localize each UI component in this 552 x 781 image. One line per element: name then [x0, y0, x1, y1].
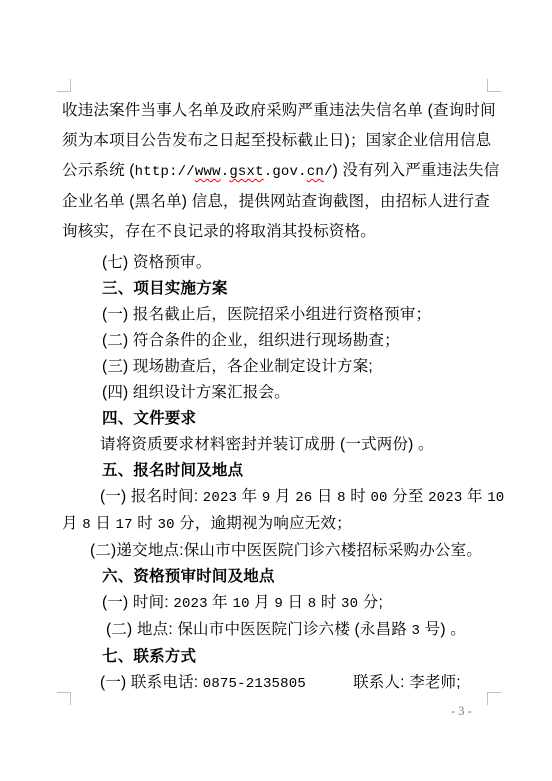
- numeric-text: gov: [272, 164, 298, 180]
- body-text: 时: [133, 515, 158, 532]
- heading-text: 六、资格预审时间及地点: [102, 568, 275, 585]
- body-text: 月: [270, 488, 295, 505]
- body-text: (二)递交地点:保山市中医医院门诊六楼招标采购办公室。: [90, 542, 482, 559]
- numeric-text: 8: [337, 490, 346, 506]
- body-text: 日: [312, 488, 337, 505]
- body-text: 时: [346, 488, 371, 505]
- numeric-text: http://: [135, 164, 195, 180]
- document-line[interactable]: (七) 资格预审。: [62, 250, 490, 276]
- body-text: (二) 符合条件的企业，组织进行现场勘查；: [102, 332, 400, 349]
- heading-text: 五、报名时间及地点: [102, 462, 243, 479]
- body-text: 年: [462, 488, 487, 505]
- body-text: 分至: [388, 488, 428, 505]
- body-text: 日: [283, 594, 308, 611]
- document-line[interactable]: (二) 地点: 保山市中医医院门诊六楼 (永昌路 3 号) 。: [62, 617, 490, 644]
- document-body[interactable]: 收违法案件当事人名单及政府采购严重违法失信名单 (查询时间须为本项目公告发布之日…: [62, 96, 490, 697]
- heading-text: 七、联系方式: [102, 648, 196, 665]
- body-text: (三) 现场勘查后，各企业制定设计方案;: [102, 358, 373, 375]
- url-text-misspelled: gsxt: [229, 164, 263, 180]
- body-text: 年: [237, 488, 262, 505]
- body-text: 月: [62, 515, 82, 532]
- section-heading-line[interactable]: 四、文件要求: [62, 406, 490, 432]
- body-text: 联系人: 李老师;: [353, 674, 461, 691]
- body-text: 分，逾期视为响应无效；: [175, 515, 352, 532]
- numeric-text: 0875-2135805: [203, 676, 306, 692]
- body-text: 请将资质要求材料密封并装订成册 (一式两份) 。: [100, 436, 434, 453]
- body-text: (一) 报名截止后，医院招采小组进行资格预审；: [102, 306, 431, 323]
- document-line[interactable]: 企业名单 (黑名单) 信息，提供网站查询截图，由招标人进行查: [62, 187, 490, 217]
- body-text: (二) 地点: 保山市中医医院门诊六楼 (永昌路: [106, 621, 412, 638]
- page-number: - 3 -: [451, 704, 472, 719]
- section-heading-line[interactable]: 七、联系方式: [62, 644, 490, 670]
- body-text: 收违法案件当事人名单及政府采购严重违法失信名单 (查询时间: [62, 102, 496, 119]
- numeric-text: 8: [82, 517, 91, 533]
- body-text: (一) 报名时间:: [100, 488, 203, 505]
- numeric-text: 30: [341, 596, 358, 612]
- body-text: 分;: [358, 594, 383, 611]
- document-line[interactable]: (一) 联系电话: 0875-2135805 联系人: 李老师;: [62, 670, 490, 697]
- body-text: (一) 联系电话:: [100, 674, 203, 691]
- section-heading-line[interactable]: 三、项目实施方案: [62, 276, 490, 302]
- numeric-text: 2023: [203, 490, 237, 506]
- numeric-text: 2023: [428, 490, 462, 506]
- body-text: 企业名单 (黑名单) 信息，提供网站查询截图，由招标人进行查: [62, 193, 490, 210]
- url-text-misspelled: www: [195, 164, 221, 180]
- numeric-text: .: [298, 164, 307, 180]
- document-line[interactable]: (二)递交地点:保山市中医医院门诊六楼招标采购办公室。: [62, 538, 490, 564]
- body-text: ) 没有列入严重违法失信: [333, 162, 500, 179]
- section-heading-line[interactable]: 五、报名时间及地点: [62, 458, 490, 484]
- body-text: 询核实，存在不良记录的将取消其投标资格。: [62, 223, 376, 240]
- body-text: [306, 674, 353, 691]
- numeric-text: 17: [116, 517, 133, 533]
- document-line[interactable]: 询核实，存在不良记录的将取消其投标资格。: [62, 217, 490, 247]
- document-line[interactable]: (一) 报名截止后，医院招采小组进行资格预审；: [62, 302, 490, 328]
- body-text: 号) 。: [420, 621, 466, 638]
- numeric-text: 30: [157, 517, 174, 533]
- body-text: (一) 时间:: [102, 594, 173, 611]
- document-line[interactable]: (一) 报名时间: 2023 年 9 月 26 日 8 时 00 分至 2023…: [62, 484, 490, 511]
- document-page[interactable]: 收违法案件当事人名单及政府采购严重违法失信名单 (查询时间须为本项目公告发布之日…: [0, 0, 552, 781]
- document-line[interactable]: 收违法案件当事人名单及政府采购严重违法失信名单 (查询时间: [62, 96, 490, 126]
- body-text: 年: [208, 594, 233, 611]
- heading-text: 三、项目实施方案: [102, 280, 228, 297]
- body-text: 时: [316, 594, 341, 611]
- body-text: 日: [91, 515, 116, 532]
- heading-text: 四、文件要求: [102, 410, 196, 427]
- text-boundary-mark-top-right-icon: [487, 79, 501, 92]
- numeric-text: 3: [412, 623, 421, 639]
- numeric-text: 9: [274, 596, 283, 612]
- numeric-text: 10: [232, 596, 249, 612]
- numeric-text: 00: [370, 490, 387, 506]
- body-text: 须为本项目公告发布之日起至投标截止日)；国家企业信用信息: [62, 132, 491, 149]
- url-text-misspelled: cn: [307, 164, 324, 180]
- document-line[interactable]: 请将资质要求材料密封并装订成册 (一式两份) 。: [62, 432, 490, 458]
- numeric-text: /: [324, 164, 333, 180]
- document-line[interactable]: (二) 符合条件的企业，组织进行现场勘查；: [62, 328, 490, 354]
- document-line[interactable]: 须为本项目公告发布之日起至投标截止日)；国家企业信用信息: [62, 126, 490, 156]
- body-text: (七) 资格预审。: [102, 254, 211, 271]
- text-boundary-mark-top-left-icon: [57, 79, 71, 92]
- numeric-text: 26: [295, 490, 312, 506]
- document-line[interactable]: (一) 时间: 2023 年 10 月 9 日 8 时 30 分;: [62, 590, 490, 617]
- numeric-text: 10: [487, 490, 504, 506]
- body-text: 公示系统 (: [62, 162, 135, 179]
- numeric-text: 2023: [173, 596, 207, 612]
- document-line[interactable]: (四) 组织设计方案汇报会。: [62, 380, 490, 406]
- document-line[interactable]: 公示系统 (http://www.gsxt.gov.cn/) 没有列入严重违法失…: [62, 156, 490, 187]
- document-line[interactable]: (三) 现场勘查后，各企业制定设计方案;: [62, 354, 490, 380]
- document-line[interactable]: 月 8 日 17 时 30 分，逾期视为响应无效；: [62, 511, 490, 538]
- body-text: (四) 组织设计方案汇报会。: [102, 384, 290, 401]
- section-heading-line[interactable]: 六、资格预审时间及地点: [62, 564, 490, 590]
- body-text: 月: [250, 594, 275, 611]
